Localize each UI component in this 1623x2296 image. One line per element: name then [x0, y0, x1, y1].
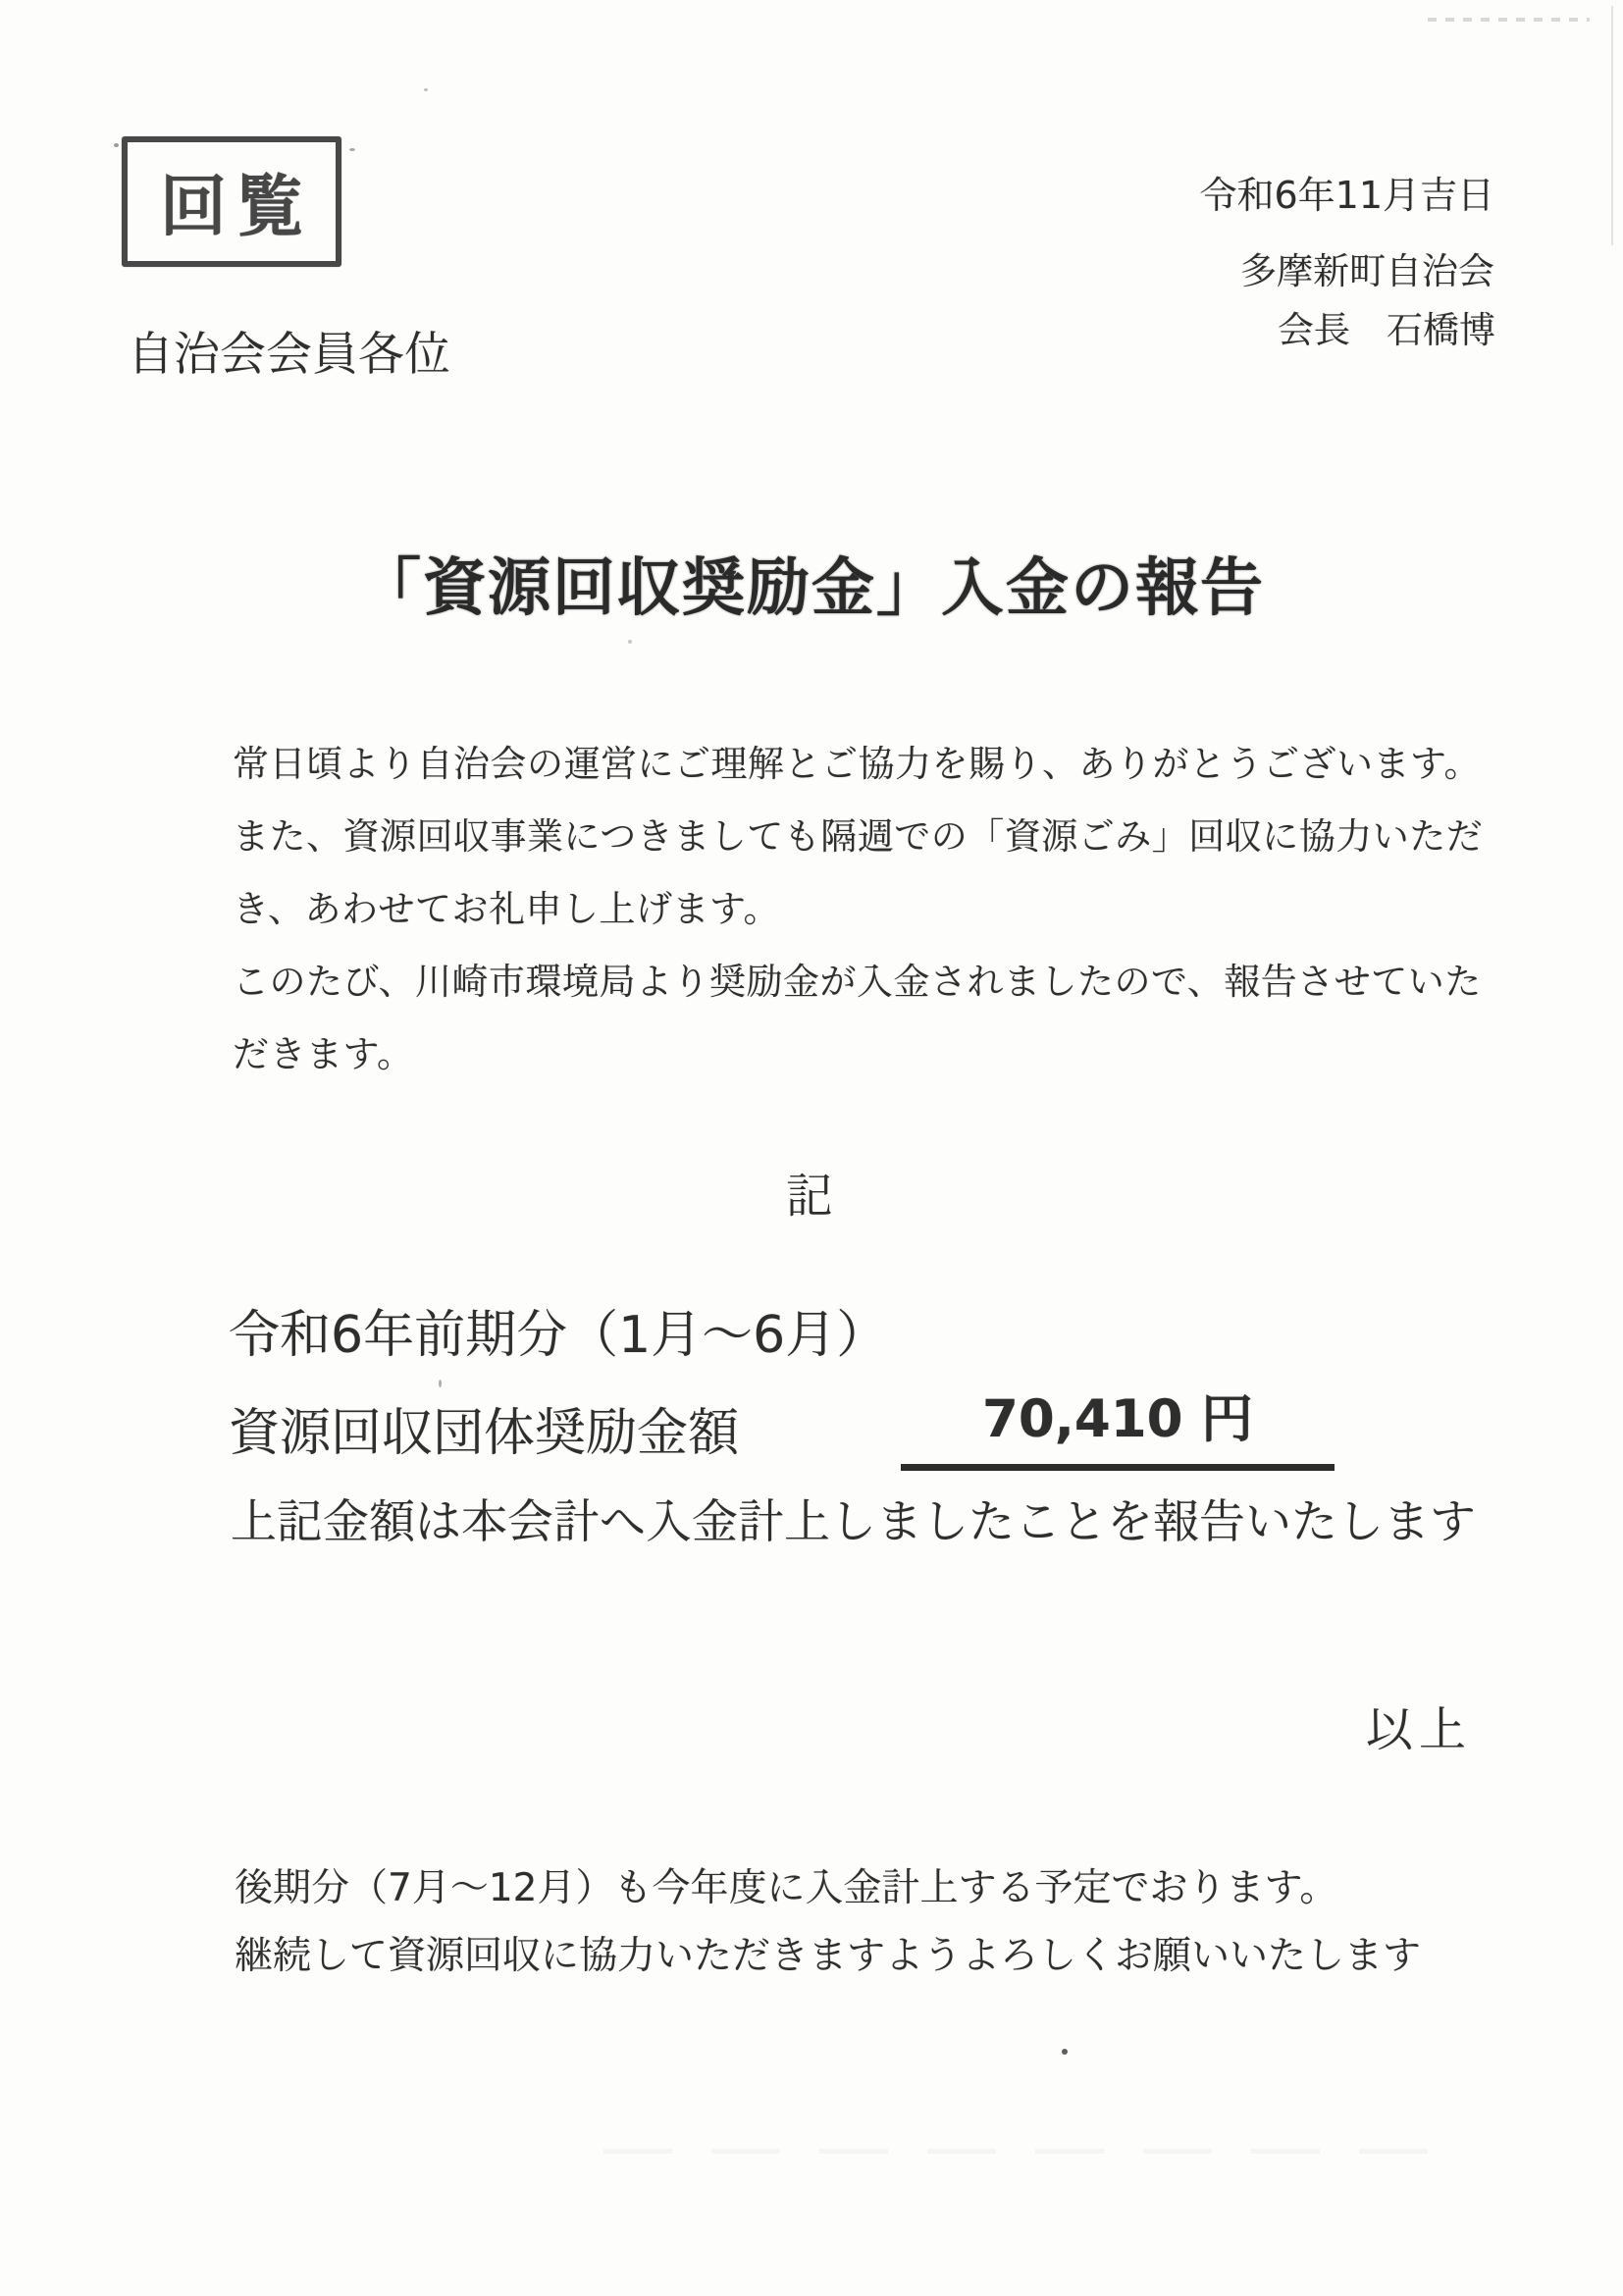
recipient-line: 自治会会員各位 — [128, 318, 450, 384]
scan-speck — [628, 640, 632, 644]
scan-speck — [439, 1380, 442, 1387]
body-line-1: 常日頃より自治会の運営にご理解とご協力を賜り、ありがとうございます。 — [233, 728, 1483, 801]
organization-name: 多摩新町自治会 — [1240, 241, 1494, 294]
scan-speck — [1062, 2049, 1068, 2055]
postscript-line-2: 継続して資源回収に協力いただきますようよろしくお願いいたします — [235, 1922, 1421, 1990]
scan-speck — [424, 88, 428, 91]
circulation-stamp-box: 回覧 — [122, 136, 341, 267]
scan-noise-edge-line — [1611, 6, 1613, 245]
amount-value-underlined: 70,410 円 — [901, 1378, 1335, 1471]
body-line-4: このたび、川崎市環境局より奨励金が入金されましたので、報告させていた — [233, 946, 1483, 1018]
scan-speck — [114, 143, 119, 147]
body-line-2: また、資源回収事業につきましても隔週での「資源ごみ」回収に協力いただ — [233, 801, 1483, 873]
body-line-3: き、あわせてお礼申し上げます。 — [233, 873, 1483, 946]
postscript-line-1: 後期分（7月～12月）も今年度に入金計上する予定でおります。 — [235, 1854, 1421, 1922]
postscript-paragraph: 後期分（7月～12月）も今年度に入金計上する予定でおります。 継続して資源回収に… — [235, 1854, 1421, 1990]
circulation-stamp-label: 回覧 — [150, 154, 313, 249]
closing-marker: 以上 — [1366, 1692, 1472, 1759]
period-heading: 令和6年前期分（1月～6月） — [229, 1293, 887, 1367]
chairman-name: 会長 石橋博 — [1278, 300, 1495, 353]
report-statement: 上記金額は本会計へ入金計上しましたことを報告いたします — [231, 1486, 1476, 1551]
record-marker: 記 — [0, 1158, 1623, 1226]
body-line-5: だきます。 — [233, 1018, 1483, 1091]
amount-label: 資源回収団体奨励金額 — [229, 1391, 739, 1465]
date-line: 令和6年11月吉日 — [1199, 165, 1494, 219]
scan-noise-band — [603, 2149, 1467, 2154]
body-paragraph: 常日頃より自治会の運営にご理解とご協力を賜り、ありがとうございます。 また、資源… — [233, 728, 1483, 1091]
notice-title: 「資源回収奨励金」入金の報告 — [0, 538, 1623, 628]
scan-speck — [349, 148, 355, 151]
scan-noise-dashes — [1428, 18, 1590, 22]
scanned-notice-page: 回覧 令和6年11月吉日 多摩新町自治会 会長 石橋博 自治会会員各位 「資源回… — [0, 0, 1623, 2296]
